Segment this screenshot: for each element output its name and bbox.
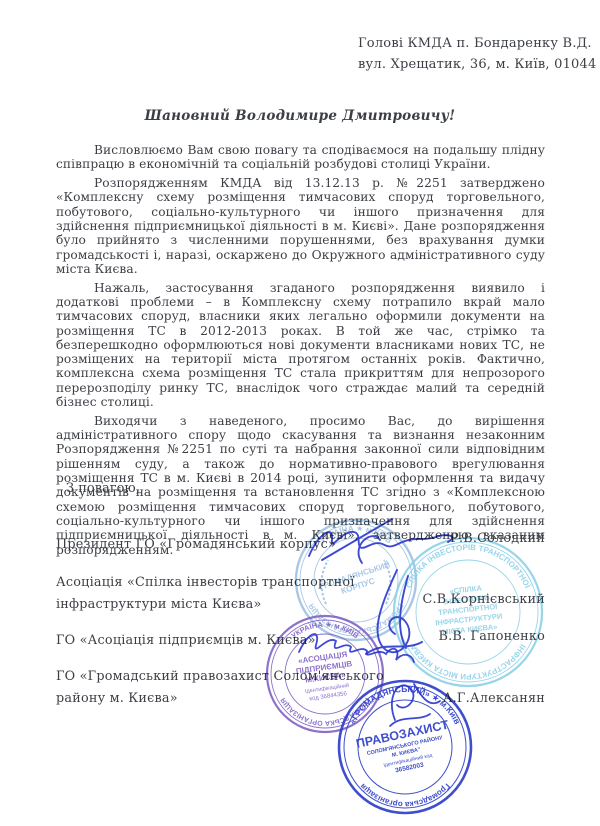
signatory-name-3: В.В. Гапоненко — [385, 629, 545, 644]
signatory-org-1: Президент ГО «Громадянський корпус» — [56, 534, 336, 556]
svg-text:Громадська організація: Громадська організація — [358, 781, 452, 809]
stamp-center-text: Ідентифікаційний код — [383, 752, 433, 769]
signatory-org-2: Асоціація «Спілка інвесторів транспортно… — [56, 572, 355, 616]
recipient-line-1: Голові КМДА п. Бондаренку В.Д. — [358, 33, 596, 54]
stamp-center-text: 36582003 — [395, 762, 425, 775]
letter-page: Голові КМДА п. Бондаренку В.Д. вул. Хрещ… — [0, 0, 600, 826]
recipient-block: Голові КМДА п. Бондаренку В.Д. вул. Хрещ… — [358, 33, 596, 75]
stamp-ring-text: ІНФРАСТРУКТУРИ МІСТА КИЄВА — [409, 642, 528, 681]
paragraph-2: Розпорядженням КМДА від 13.12.13 р. №225… — [56, 176, 545, 276]
signatory-org-4: ГО «Громадський правозахист Солом'янсько… — [56, 666, 384, 710]
stamp-center-text: «АСОЦІАЦІЯ — [298, 650, 349, 666]
paragraph-1: Висловлюємо Вам свою повагу та сподіваєм… — [56, 143, 545, 172]
signatory-org-3: ГО «Асоціація підприємців м. Києва» — [56, 630, 316, 652]
letter-body: Висловлюємо Вам свою повагу та сподіваєм… — [56, 143, 545, 561]
stamp-center-text: ІНФРАСТРУКТУРИ — [435, 611, 503, 627]
paragraph-3: Нажаль, застосування згаданого розпорядж… — [56, 281, 545, 410]
signatory-name-4: А.Г.Алексанян — [385, 691, 545, 706]
stamp-center-text: СОЛОМ'ЯНСЬКОГО РАЙОНУ — [366, 733, 444, 757]
closing-phrase: З повагою, — [66, 481, 140, 496]
salutation: Шановний Володимире Дмитровичу! — [0, 108, 600, 124]
svg-text:ІНФРАСТРУКТУРИ МІСТА КИЄВА: ІНФРАСТРУКТУРИ МІСТА КИЄВА — [409, 642, 528, 681]
signatory-name-1: Р.В.Солодкий — [385, 531, 545, 546]
stamp-center-text: М. КИЄВА" — [391, 747, 421, 759]
signatory-name-2: С.В.Корнієвський — [385, 592, 545, 607]
stamp-ring-text: Громадська організація — [358, 781, 452, 809]
stamp-center-text: ПРАВОЗАХИСТ — [355, 718, 450, 751]
recipient-line-2: вул. Хрещатик, 36, м. Київ, 01044 — [358, 54, 596, 75]
